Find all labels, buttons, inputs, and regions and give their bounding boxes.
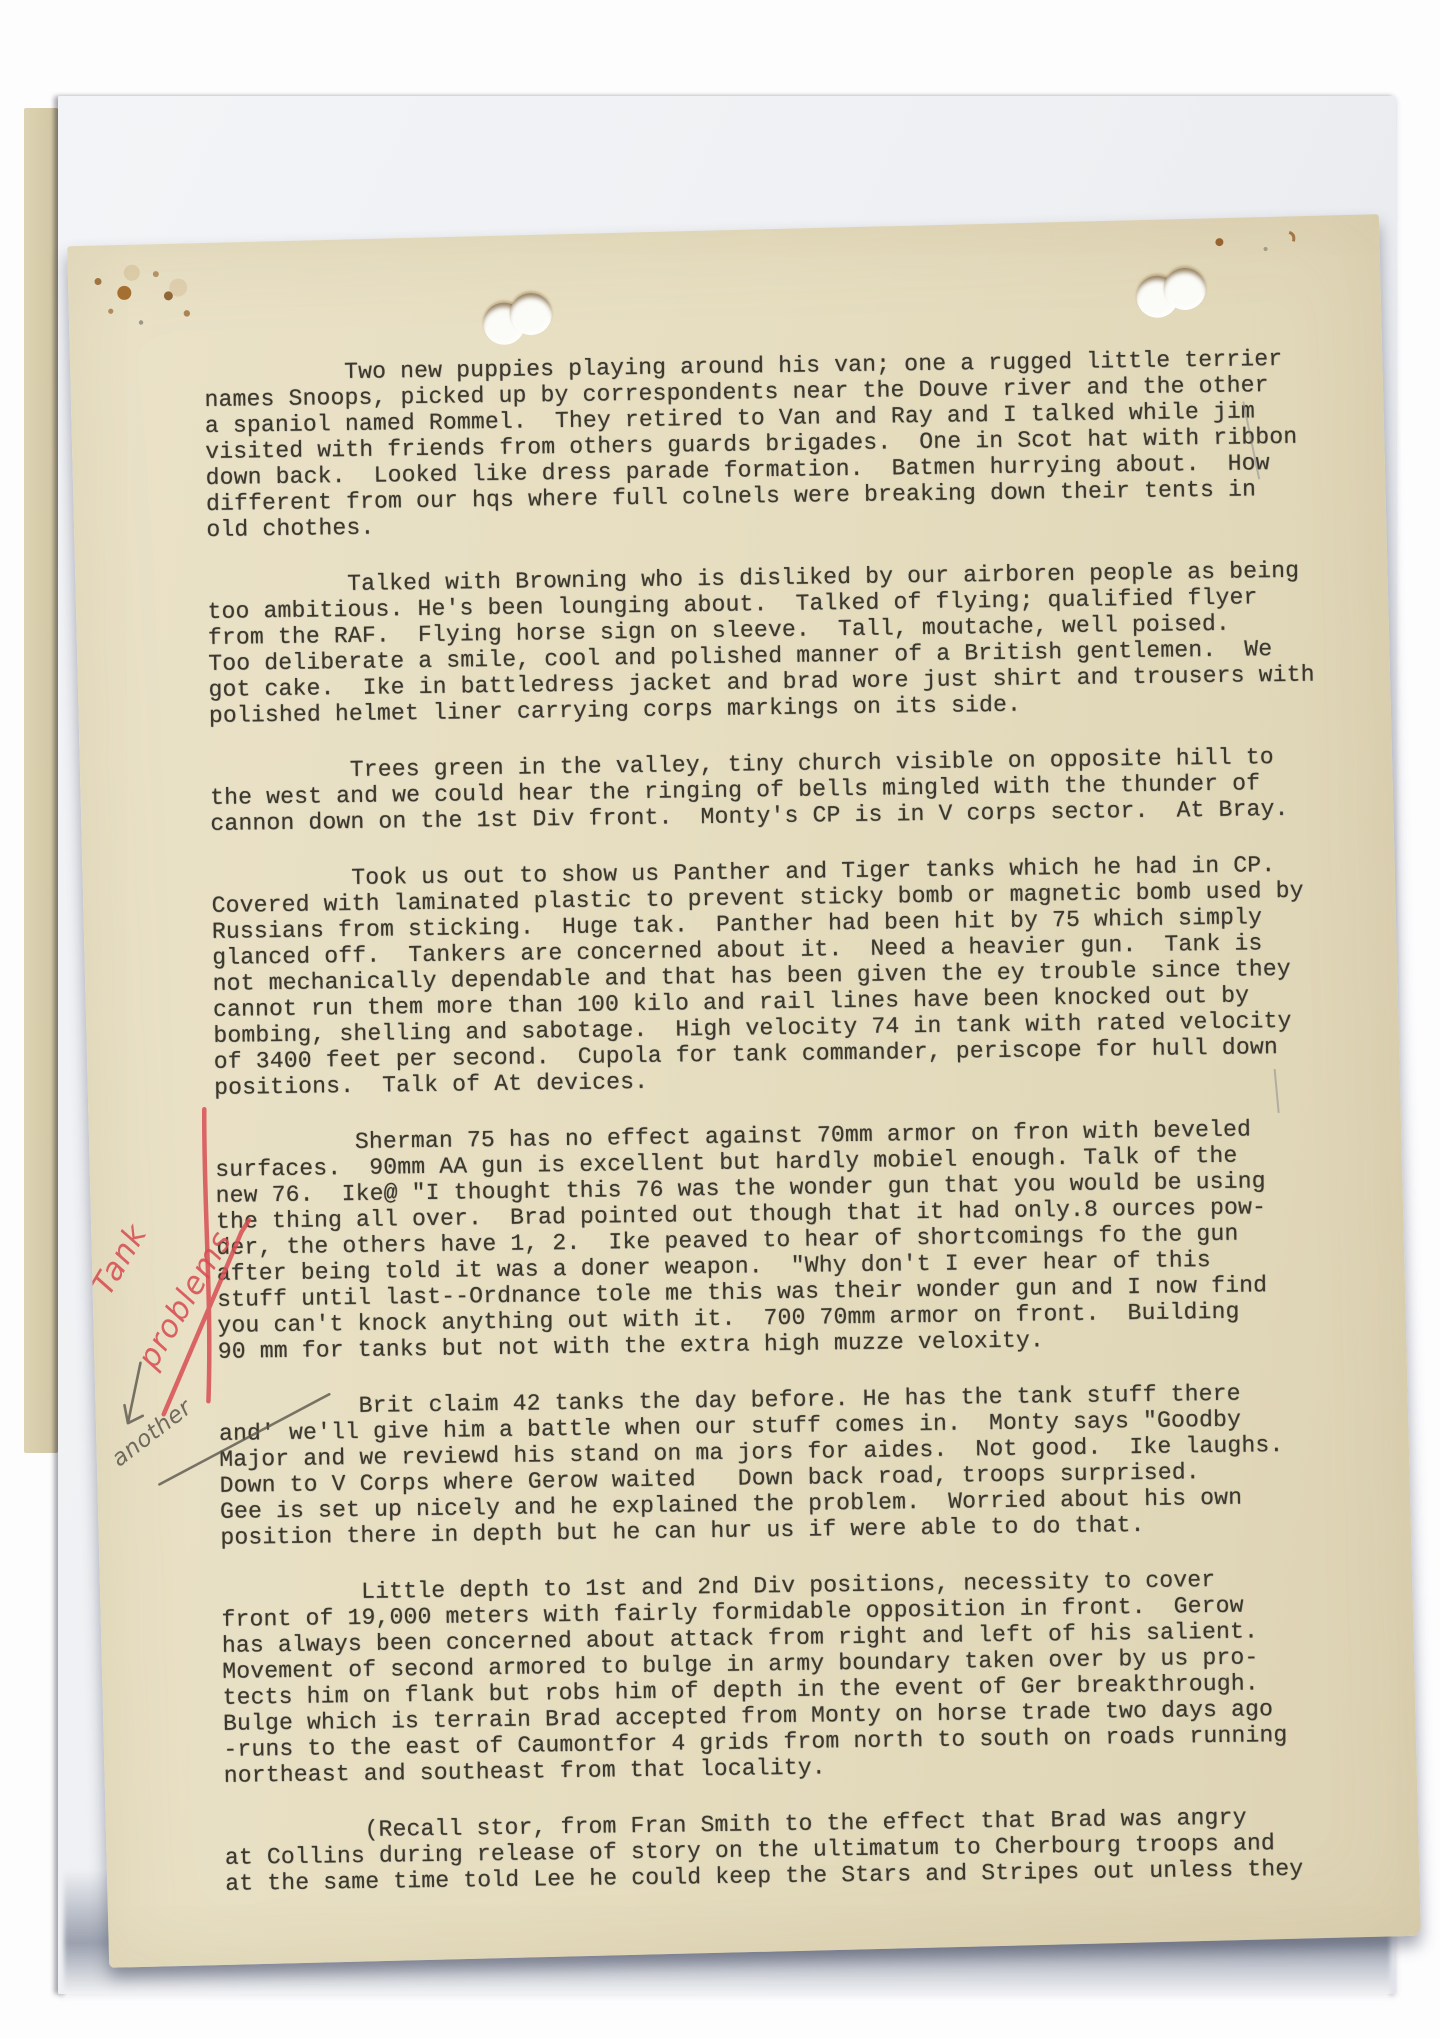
paragraph-puppies: Two new puppies playing around his van; … [204, 345, 1336, 543]
red-note-word-1: Tank [85, 1218, 155, 1302]
rust-stains [94, 263, 190, 325]
red-vertical-stroke [201, 1109, 211, 1401]
paragraph-sherman: Sherman 75 has no effect against 70mm ar… [215, 1115, 1348, 1365]
typed-text-block: Two new puppies playing around his van; … [204, 345, 1356, 1927]
scanned-document: Two new puppies playing around his van; … [0, 0, 1440, 2038]
paragraph-little-depth: Little depth to 1st and 2nd Div position… [221, 1565, 1354, 1789]
pencil-note-word: another [107, 1394, 198, 1472]
left-sheet-edge [24, 108, 58, 1453]
punch-hole-lobe [509, 292, 552, 335]
ink-specks [1215, 232, 1294, 252]
pencil-arrow-icon [123, 1363, 142, 1423]
paragraph-panther-tiger: Took us out to show us Panther and Tiger… [211, 851, 1344, 1101]
punch-hole-lobe [1163, 267, 1207, 311]
paragraph-brit-claim: Brit claim 42 tanks the day before. He h… [218, 1379, 1350, 1551]
typewritten-page: Two new puppies playing around his van; … [67, 214, 1421, 1968]
punch-hole-left-icon [482, 292, 553, 346]
paragraph-recall-story: (Recall stor, from Fran Smith to the eff… [224, 1803, 1355, 1897]
punch-hole-right-icon [1135, 266, 1207, 321]
paragraph-browning: Talked with Browning who is disliked by … [207, 557, 1339, 729]
paragraph-valley: Trees green in the valley, tiny church v… [210, 743, 1341, 837]
